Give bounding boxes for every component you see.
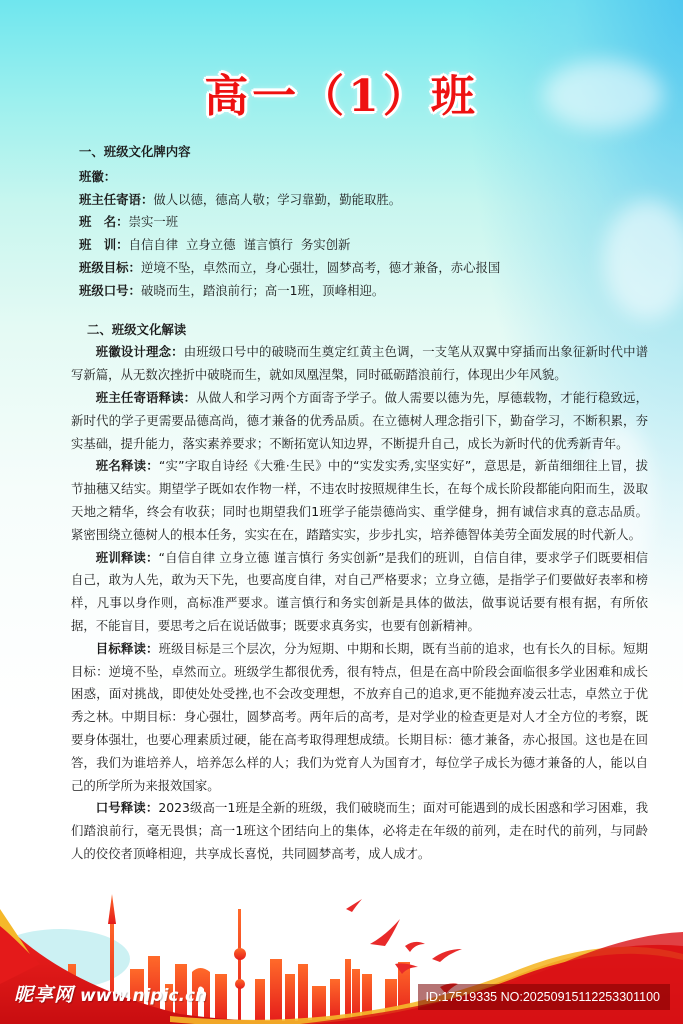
info-label: 班级口号：	[79, 280, 141, 303]
info-label: 班徽：	[79, 166, 116, 189]
footer-banner: 昵享网www.nipic.cn ID:17519335 NO:202509151…	[0, 864, 683, 1024]
info-row-class-slogan: 班级口号： 破晓而生，踏浪前行；高一1班，顶峰相迎。	[79, 280, 649, 303]
info-row-badge: 班徽：	[79, 166, 649, 189]
paragraph-label: 班训释读：	[96, 550, 159, 565]
info-row-class-motto: 班 训： 自信自律 立身立德 谨言慎行 务实创新	[79, 234, 649, 257]
paragraph-label: 口号释读：	[96, 800, 159, 815]
info-value: 破晓而生，踏浪前行；高一1班，顶峰相迎。	[141, 280, 384, 303]
info-row-class-name: 班 名： 崇实一班	[79, 211, 649, 234]
paragraph-badge-design: 班徽设计理念：由班级口号中的破晓而生奠定红黄主色调，一支笔从双翼中穿插而出象征新…	[71, 341, 648, 387]
section-heading-content: 一、班级文化牌内容	[79, 141, 649, 164]
info-label: 班主任寄语：	[79, 189, 153, 212]
paragraph-label: 班徽设计理念：	[96, 344, 184, 359]
section-heading-interpretation: 二、班级文化解读	[79, 319, 649, 342]
info-value: 逆境不坠，卓然而立，身心强壮，圆梦高考，德才兼备，赤心报国	[141, 257, 500, 280]
watermark-logo: 昵享网www.nipic.cn	[14, 980, 207, 1007]
paragraph-label: 目标释读：	[96, 641, 159, 656]
paragraph-label: 班名释读：	[96, 458, 159, 473]
paragraph-class-slogan: 口号释读：2023级高一1班是全新的班级，我们破晓而生；面对可能遇到的成长困惑和…	[71, 797, 648, 865]
info-value: 自信自律 立身立德 谨言慎行 务实创新	[129, 234, 351, 257]
paragraph-text: 2023级高一1班是全新的班级，我们破晓而生；面对可能遇到的成长困惑和学习困难，…	[71, 800, 648, 861]
poster-content: 一、班级文化牌内容 班徽： 班主任寄语： 做人以德，德高人敬；学习靠勤，勤能取胜…	[79, 141, 649, 866]
info-label: 班 名：	[79, 211, 129, 234]
paragraph-text: “自信自律 立身立德 谨言慎行 务实创新”是我们的班训，自信自律，要求学子们既要…	[71, 550, 648, 633]
info-label: 班 训：	[79, 234, 129, 257]
info-label: 班级目标：	[79, 257, 141, 280]
spacer	[79, 303, 649, 319]
info-value: 做人以德，德高人敬；学习靠勤，勤能取胜。	[153, 189, 401, 212]
info-row-teacher-message: 班主任寄语： 做人以德，德高人敬；学习靠勤，勤能取胜。	[79, 189, 649, 212]
watermark-logo-text: 昵享网	[14, 984, 74, 1006]
paragraph-teacher-message: 班主任寄语释读：从做人和学习两个方面寄予学子。做人需要以德为先，厚德载物，才能行…	[71, 387, 648, 455]
paragraph-class-motto: 班训释读：“自信自律 立身立德 谨言慎行 务实创新”是我们的班训，自信自律，要求…	[71, 547, 648, 638]
info-row-class-goal: 班级目标： 逆境不坠，卓然而立，身心强壮，圆梦高考，德才兼备，赤心报国	[79, 257, 649, 280]
poster-title: 高一（1）班	[0, 60, 683, 124]
info-value: 崇实一班	[129, 211, 179, 234]
paragraph-label: 班主任寄语释读：	[96, 390, 196, 405]
paragraph-text: 班级目标是三个层次，分为短期、中期和长期，既有当前的追求，也有长久的目标。短期目…	[71, 641, 648, 793]
paragraph-class-goal: 目标释读：班级目标是三个层次，分为短期、中期和长期，既有当前的追求，也有长久的目…	[71, 638, 648, 798]
watermark-site: www.nipic.cn	[80, 986, 207, 1006]
watermark-id-badge: ID:17519335 NO:20250915112253301100	[418, 984, 670, 1010]
paragraph-class-name: 班名释读：“实”字取自诗经《大雅·生民》中的“实发实秀,实坚实好”，意思是，新苗…	[71, 455, 648, 546]
